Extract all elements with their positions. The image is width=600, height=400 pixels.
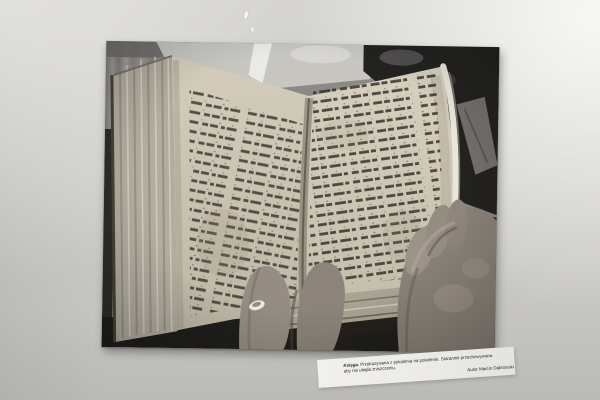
exhibition-scene: Księga. Przekazywana z pokolenia na poko…	[0, 0, 600, 400]
wall-speck	[251, 27, 255, 32]
vignette	[102, 41, 500, 353]
exhibit-photo	[102, 41, 500, 353]
photo-image	[102, 41, 500, 353]
